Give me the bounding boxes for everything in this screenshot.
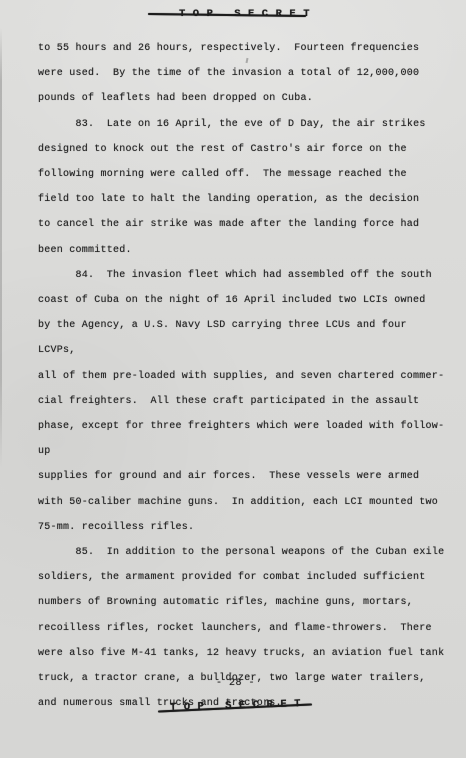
document-page: T O P S E C R E T to 55 hours and 26 hou… xyxy=(0,0,466,758)
scan-artifact xyxy=(229,672,232,674)
paragraph-83: 83. Late on 16 April, the eve of D Day, … xyxy=(38,112,450,263)
paragraph-84: 84. The invasion fleet which had assembl… xyxy=(38,263,450,540)
page-number: - 28 - xyxy=(216,678,255,689)
document-body: to 55 hours and 26 hours, respectively. … xyxy=(38,36,450,716)
scan-edge-shadow xyxy=(0,28,2,468)
paragraph-85: 85. In addition to the personal weapons … xyxy=(38,540,450,716)
paragraph-continuation: to 55 hours and 26 hours, respectively. … xyxy=(38,36,450,112)
